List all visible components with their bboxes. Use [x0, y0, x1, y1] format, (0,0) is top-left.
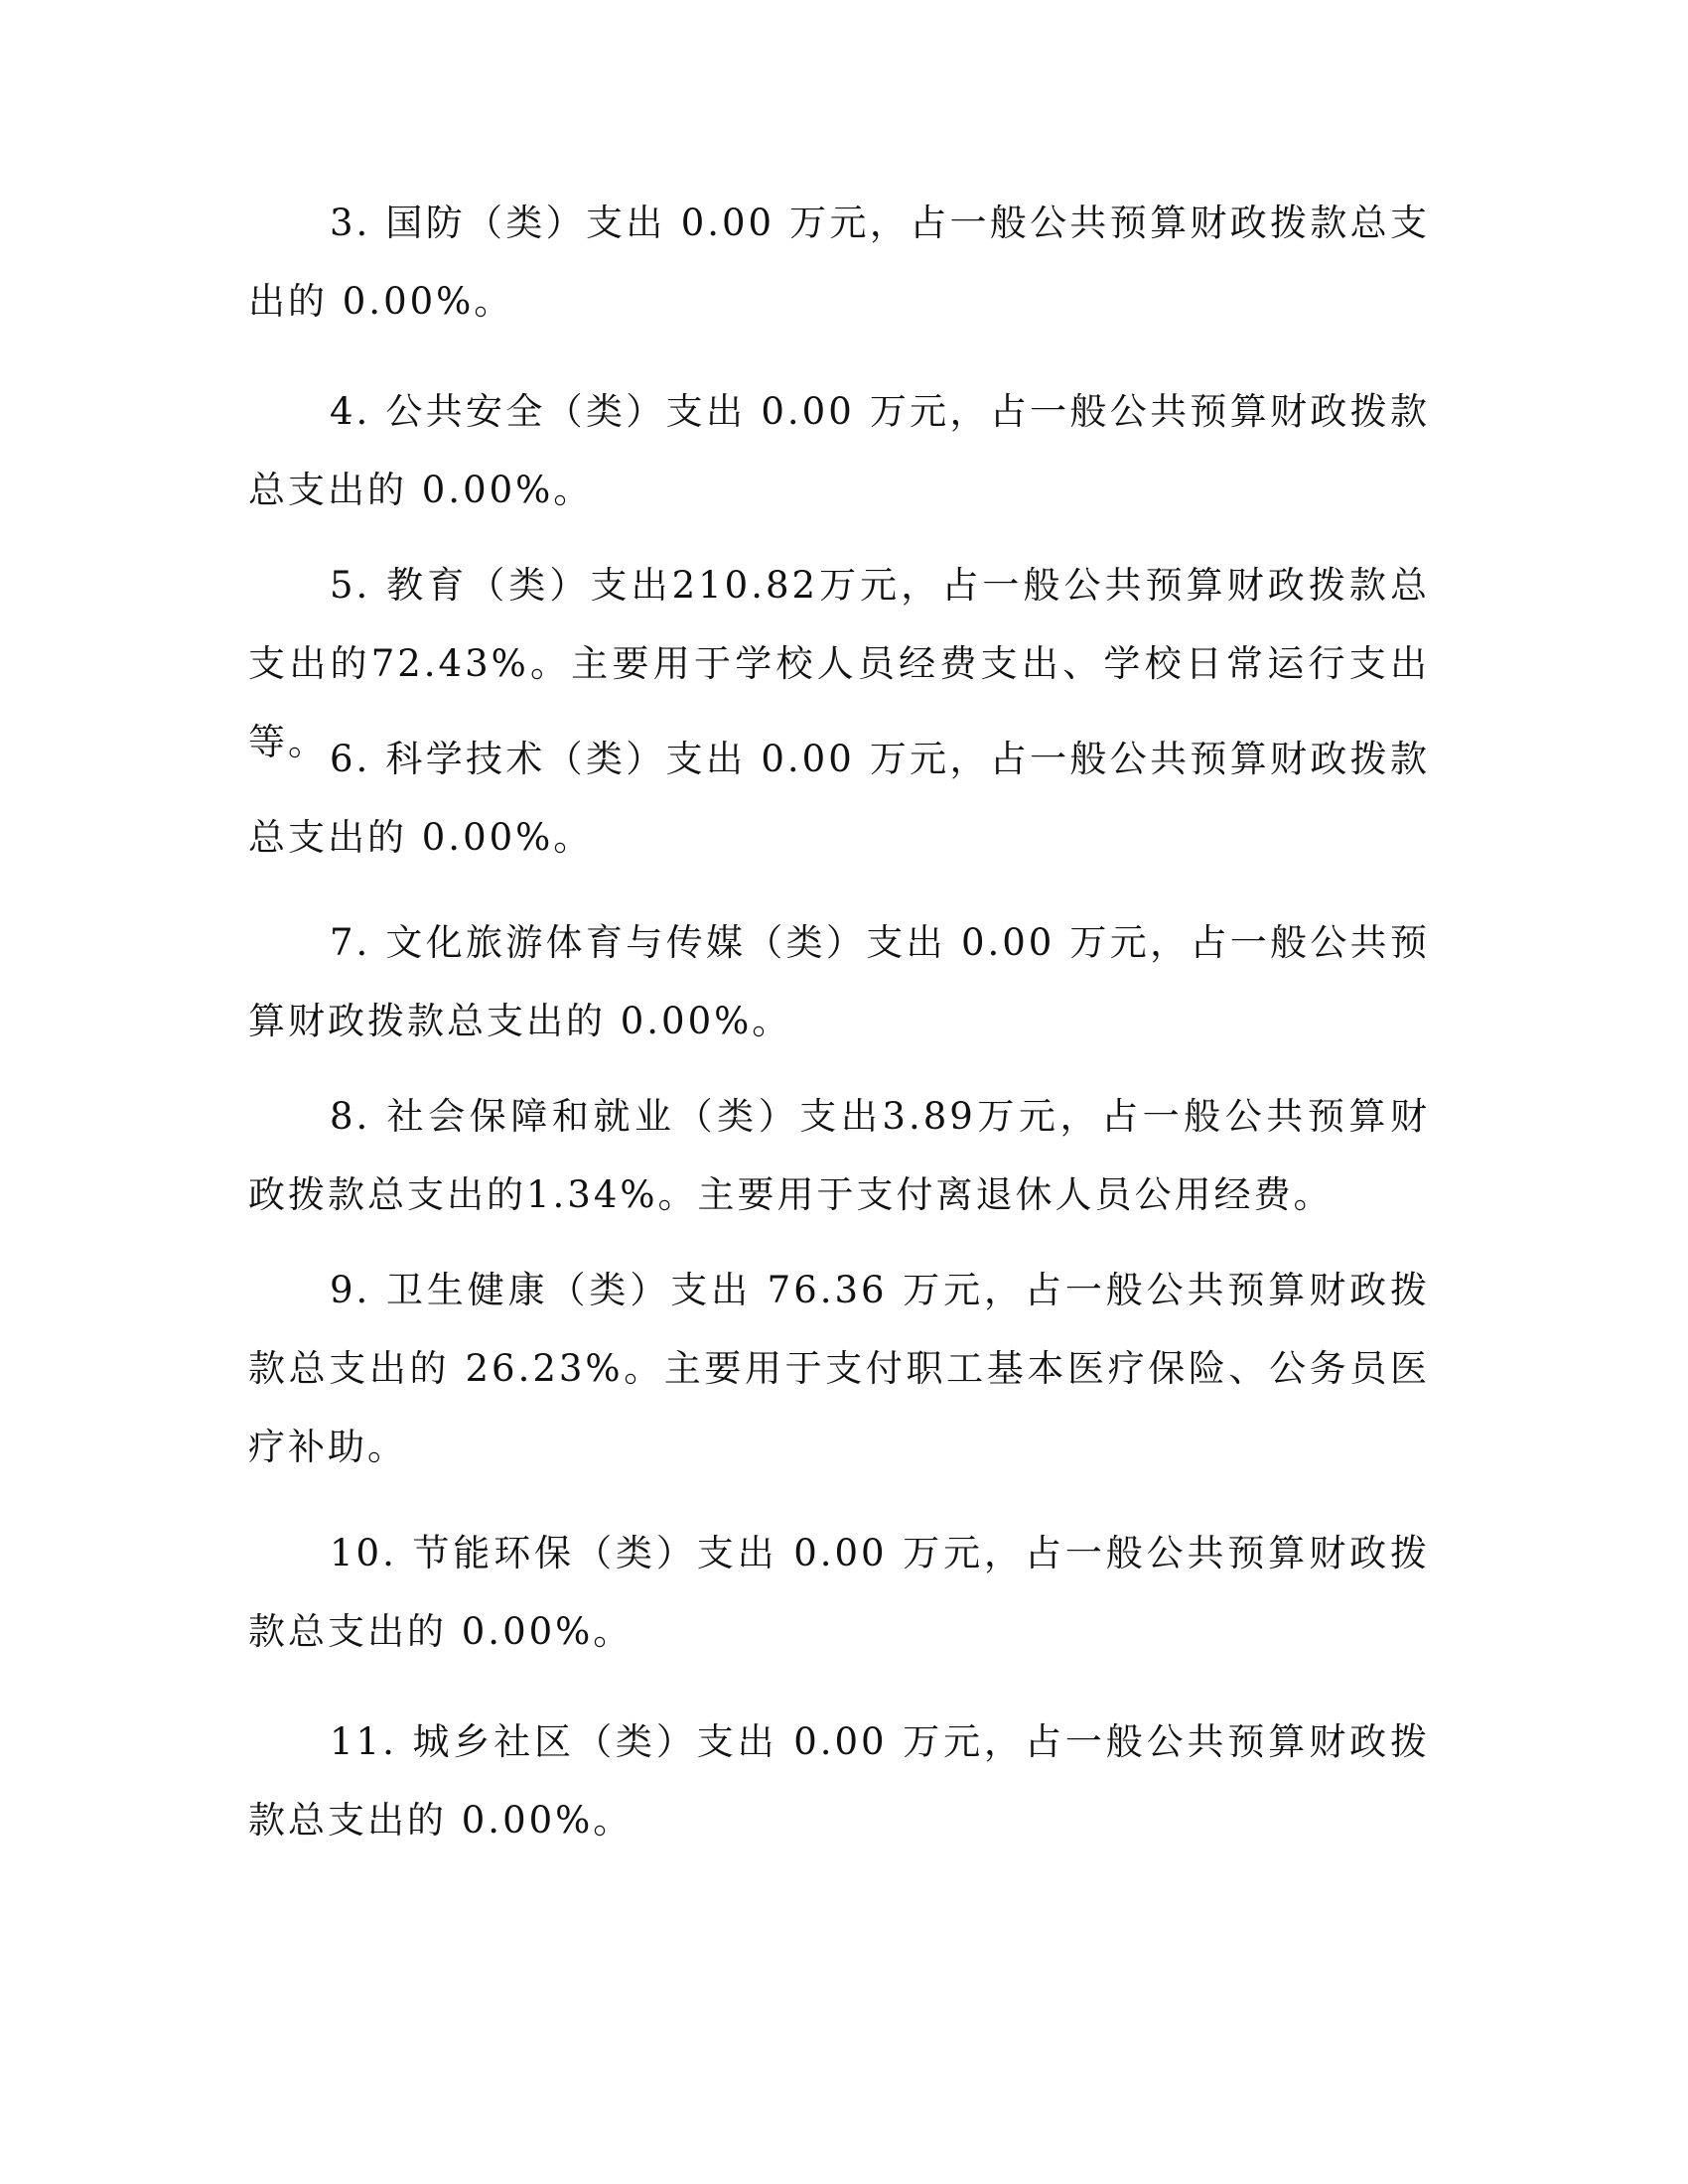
paragraph-science-technology: 6. 科学技术（类）支出 0.00 万元，占一般公共预算财政拨款总支出的 0.0… [248, 720, 1430, 877]
paragraph-health: 9. 卫生健康（类）支出 76.36 万元，占一般公共预算财政拨款总支出的 26… [248, 1251, 1430, 1486]
paragraph-culture-tourism-sports-media: 7. 文化旅游体育与传媒（类）支出 0.00 万元，占一般公共预算财政拨款总支出… [248, 903, 1430, 1060]
paragraph-defense: 3. 国防（类）支出 0.00 万元，占一般公共预算财政拨款总支出的 0.00%… [248, 184, 1430, 341]
paragraph-social-security-employment: 8. 社会保障和就业（类）支出3.89万元，占一般公共预算财政拨款总支出的1.3… [248, 1077, 1430, 1234]
paragraph-energy-environment: 10. 节能环保（类）支出 0.00 万元，占一般公共预算财政拨款总支出的 0.… [248, 1514, 1430, 1671]
paragraph-public-security: 4. 公共安全（类）支出 0.00 万元，占一般公共预算财政拨款总支出的 0.0… [248, 372, 1430, 529]
paragraph-urban-rural-community: 11. 城乡社区（类）支出 0.00 万元，占一般公共预算财政拨款总支出的 0.… [248, 1703, 1430, 1859]
